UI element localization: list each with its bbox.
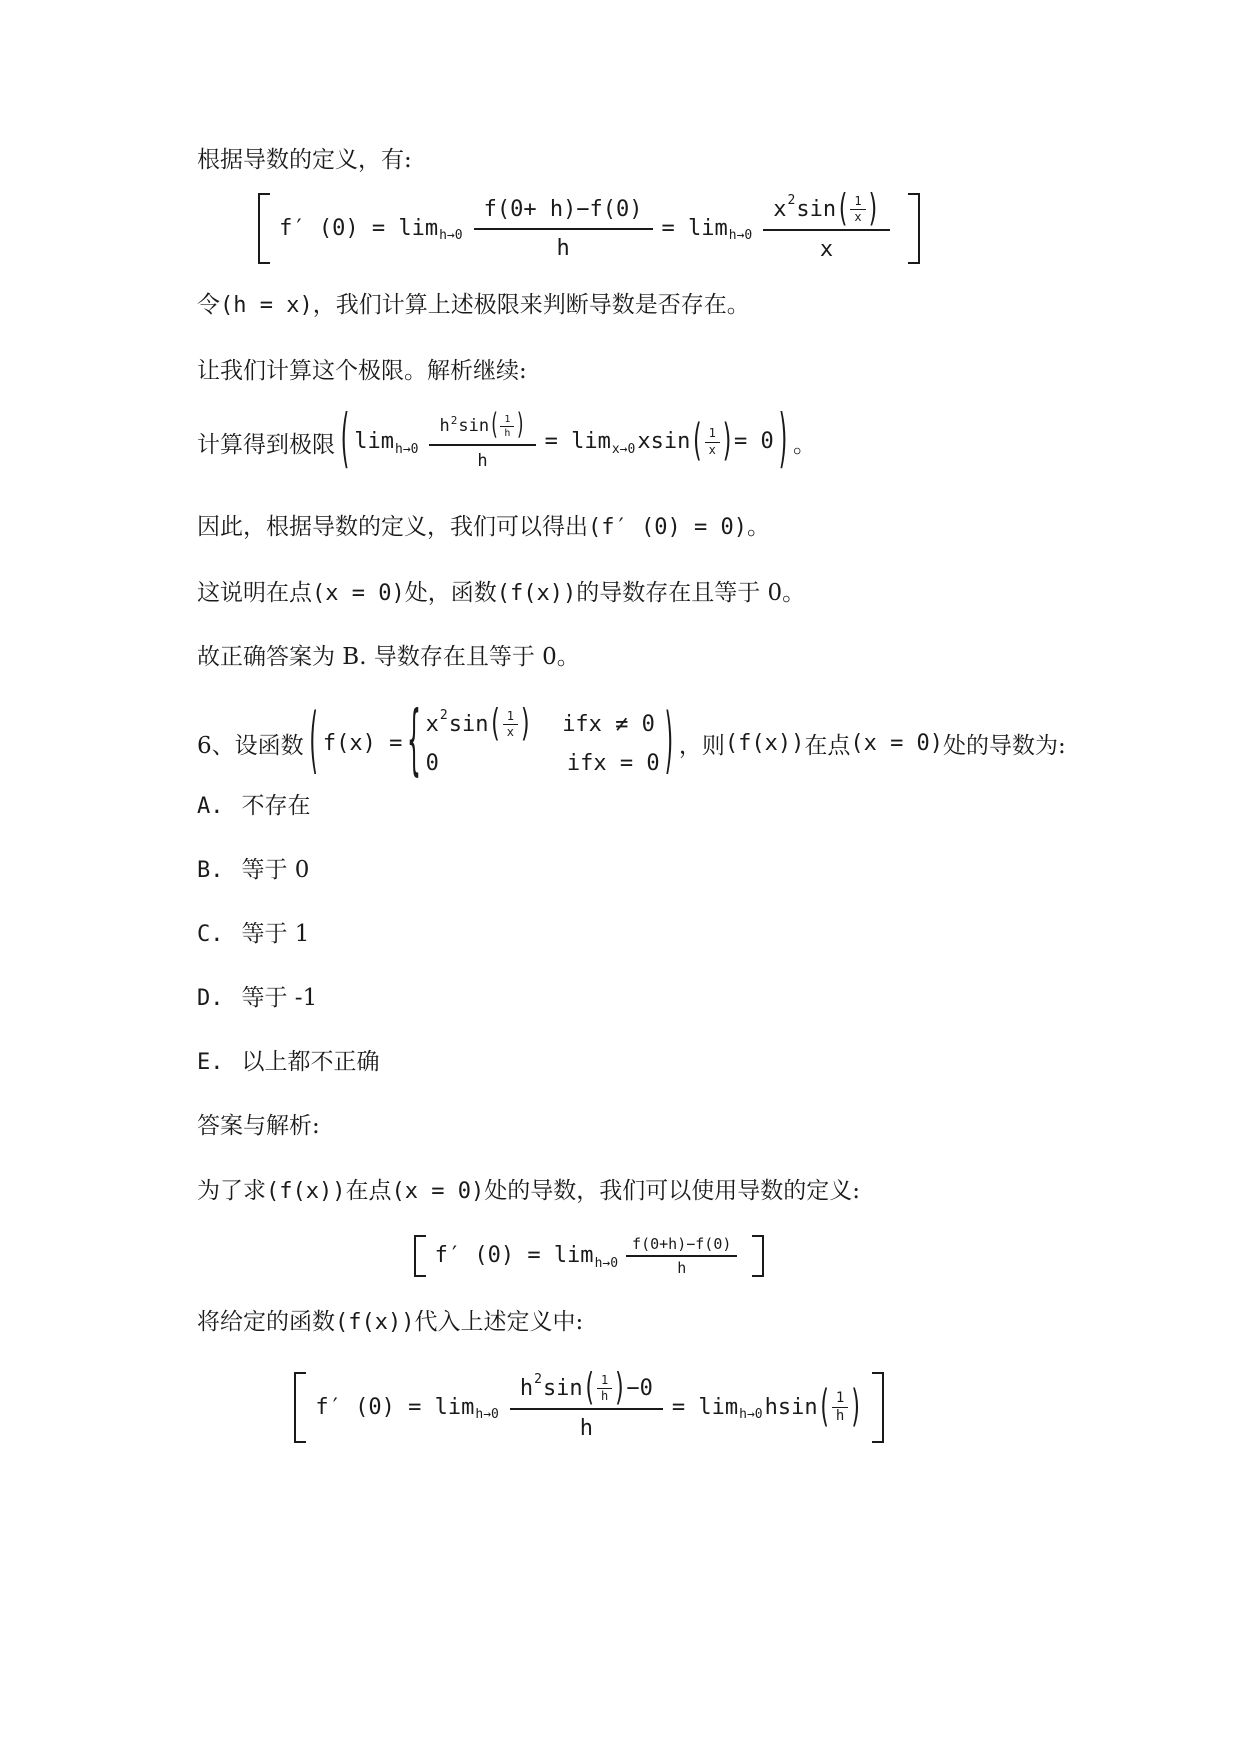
text-run: 将给定的函数 — [197, 1309, 335, 1335]
math-row: f′ (0) = limh→0 h2sin ( 1 h ) −0 h = lim — [294, 1372, 883, 1443]
math-run: f′ (0) = lim — [435, 1242, 594, 1270]
inline-math: (f(x)) — [725, 731, 804, 756]
denominator: x — [503, 725, 518, 739]
text-run: 计算得到极限 — [197, 426, 335, 459]
limit-subscript: h→0 — [739, 1407, 762, 1423]
option-a: A.不存在 — [197, 791, 1091, 822]
inline-math: (x = 0) — [312, 581, 405, 606]
numerator: 1 — [705, 427, 720, 442]
right-paren-icon: ) — [613, 1365, 626, 1412]
option-text: 等于 -1 — [242, 985, 318, 1011]
text-run: 因此，根据导数的定义，我们可以得出 — [197, 514, 588, 540]
text-run: 处的导数为: — [943, 727, 1066, 760]
limit-subscript: h→0 — [475, 1407, 498, 1423]
denominator: h — [500, 427, 514, 439]
left-paren-icon: ( — [836, 186, 849, 233]
math-run: lim — [354, 428, 394, 456]
denominator: h — [832, 1408, 848, 1424]
left-paren-icon: ( — [307, 698, 320, 789]
paragraph-conclusion-derivative-zero: 因此，根据导数的定义，我们可以得出(f′ (0) = 0)。 — [197, 512, 1091, 543]
question-6: 6、设函数 ( f(x) = { x2sin ( 1 x ) ifx ≠ 0 — [197, 710, 1091, 777]
left-paren-icon: ( — [690, 415, 703, 470]
text-run: 。 — [747, 514, 770, 540]
math-run: x — [426, 711, 439, 739]
numerator: 1 — [850, 195, 865, 210]
right-bracket-icon — [872, 1372, 884, 1443]
numerator: h2sin ( 1 h ) — [429, 412, 535, 446]
numerator: 1 — [832, 1391, 848, 1408]
math-run: sin — [796, 196, 836, 224]
left-paren-icon: ( — [818, 1380, 831, 1435]
math-run: sin — [543, 1375, 583, 1403]
option-label: E. — [197, 1050, 224, 1075]
option-b: B.等于 0 — [197, 855, 1091, 886]
left-brace-icon: { — [407, 695, 420, 791]
small-fraction: 1 x — [850, 195, 865, 224]
text-run: 代入上述定义中: — [414, 1309, 583, 1335]
text-run: 答案与解析: — [197, 1113, 320, 1139]
numerator: 1 — [597, 1374, 612, 1389]
small-fraction: 1 h — [597, 1374, 612, 1403]
numerator: h2sin ( 1 h ) −0 — [510, 1372, 663, 1410]
math-run: 0 — [426, 750, 439, 778]
math-run: = lim — [545, 428, 611, 456]
math-row: f′ (0) = limh→0 f(0+h)−f(0) h — [414, 1235, 765, 1277]
option-text: 以上都不正确 — [242, 1049, 380, 1075]
option-text: 不存在 — [242, 793, 311, 819]
math-run: sin — [458, 416, 489, 437]
inline-math: (f(x)) — [266, 1179, 345, 1204]
case-row: x2sin ( 1 x ) ifx ≠ 0 — [426, 710, 660, 739]
exponent: 2 — [788, 193, 796, 209]
left-bracket-icon — [414, 1235, 426, 1277]
right-paren-icon: ) — [663, 698, 676, 789]
math-run: h — [439, 416, 449, 437]
math-run: xsin — [637, 428, 690, 456]
case-row: 0 ifx = 0 — [426, 750, 660, 778]
option-label: B. — [197, 858, 224, 883]
denominator: x — [705, 443, 720, 457]
text-run: 处，函数 — [405, 580, 497, 606]
left-paren-icon: ( — [489, 408, 499, 444]
denominator: x — [850, 210, 865, 224]
formula-substituted-limit: f′ (0) = limh→0 h2sin ( 1 h ) −0 h = lim — [197, 1372, 1091, 1443]
option-d: D.等于 -1 — [197, 983, 1091, 1014]
paragraph-correct-answer: 故正确答案为 B. 导数存在且等于 0。 — [197, 642, 1091, 672]
math-run: sin — [449, 711, 489, 739]
math-row: ( limh→0 h2sin ( 1 h ) h = limx→0 xs — [335, 412, 793, 472]
math-run: f(x) = — [323, 730, 402, 758]
paragraph-definition-intro: 根据导数的定义，有: — [197, 145, 1091, 175]
text-run: 令 — [197, 292, 220, 318]
math-row: f′ (0) = limh→0 f(0+ h)−f(0) h = limh→0 … — [258, 193, 920, 264]
inline-math: (x = 0) — [850, 731, 943, 756]
fraction: f(0+ h)−f(0) h — [474, 194, 653, 263]
text-run: 。 — [793, 426, 816, 459]
inline-math: (h = x) — [220, 293, 313, 318]
denominator: h — [510, 1410, 663, 1443]
right-paren-icon: ) — [519, 701, 532, 748]
fraction: x2sin ( 1 x ) x — [763, 193, 890, 264]
right-paren-icon: ) — [515, 408, 525, 444]
limit-subscript: x→0 — [612, 442, 635, 458]
left-bracket-icon — [258, 193, 270, 264]
limit-subscript: h→0 — [595, 1256, 618, 1272]
right-paren-icon: ) — [867, 186, 880, 233]
exponent: 2 — [534, 1372, 542, 1388]
case-condition: ifx = 0 — [567, 750, 660, 778]
answer-analysis-header: 答案与解析: — [197, 1111, 1091, 1141]
inline-math: (x = 0) — [391, 1179, 484, 1204]
option-label: A. — [197, 794, 224, 819]
right-bracket-icon — [908, 193, 920, 264]
paragraph-use-definition: 为了求(f(x))在点(x = 0)处的导数，我们可以使用导数的定义: — [197, 1176, 1091, 1207]
denominator: h — [626, 1257, 737, 1277]
document-page: 根据导数的定义，有: f′ (0) = limh→0 f(0+ h)−f(0) … — [0, 0, 1241, 1754]
denominator: h — [474, 230, 653, 263]
left-bracket-icon — [294, 1372, 306, 1443]
left-paren-icon: ( — [338, 402, 351, 482]
math-run: = 0 — [734, 428, 774, 456]
numerator: 1 — [503, 710, 518, 725]
paragraph-compute-limit: 让我们计算这个极限。解析继续: — [197, 356, 1091, 386]
right-paren-icon: ) — [849, 1380, 862, 1435]
small-fraction: 1 h — [832, 1391, 848, 1425]
exponent: 2 — [440, 708, 448, 724]
denominator: h — [597, 1389, 612, 1403]
inline-math: (f′ (0) = 0) — [588, 515, 747, 540]
inline-math: (f(x)) — [335, 1310, 414, 1335]
text-run: 让我们计算这个极限。解析继续: — [197, 358, 527, 384]
text-run: 为了求 — [197, 1178, 266, 1204]
text-run: 则 — [702, 727, 725, 760]
numerator: f(0+h)−f(0) — [626, 1235, 737, 1257]
math-run: = lim — [662, 215, 728, 243]
limit-subscript: h→0 — [395, 442, 418, 458]
limit-subscript: h→0 — [729, 228, 752, 244]
paragraph-derivative-exists: 这说明在点(x = 0)处，函数(f(x))的导数存在且等于 0。 — [197, 578, 1091, 609]
text-run: 故正确答案为 B. 导数存在且等于 0。 — [197, 644, 580, 670]
math-run: f′ (0) = lim — [279, 215, 438, 243]
fraction: h2sin ( 1 h ) −0 h — [510, 1372, 663, 1443]
option-c: C.等于 1 — [197, 919, 1091, 950]
numerator: 1 — [500, 414, 514, 427]
right-paren-icon: ) — [721, 415, 734, 470]
right-bracket-icon — [752, 1235, 764, 1277]
math-run: h — [520, 1375, 533, 1403]
text-run: ，我们计算上述极限来判断导数是否存在。 — [313, 292, 750, 318]
right-paren-icon: ) — [777, 402, 790, 482]
option-text: 等于 0 — [242, 857, 310, 883]
paragraph-substitute-function: 将给定的函数(f(x))代入上述定义中: — [197, 1307, 1091, 1338]
math-row: ( f(x) = { x2sin ( 1 x ) ifx ≠ 0 — [304, 710, 679, 777]
option-e: E.以上都不正确 — [197, 1047, 1091, 1078]
small-fraction: 1 h — [500, 414, 514, 439]
small-fraction: 1 x — [705, 427, 720, 456]
limit-subscript: h→0 — [439, 228, 462, 244]
formula-derivative-definition-compact: f′ (0) = limh→0 f(0+h)−f(0) h — [197, 1235, 1091, 1277]
option-label: D. — [197, 986, 224, 1011]
text-run: 在点 — [804, 727, 850, 760]
denominator: x — [763, 231, 890, 264]
option-text: 等于 1 — [242, 921, 310, 947]
text-run: 根据导数的定义，有: — [197, 147, 412, 173]
math-run: x — [773, 196, 786, 224]
left-paren-icon: ( — [583, 1365, 596, 1412]
text-run: 处的导数，我们可以使用导数的定义: — [484, 1178, 860, 1204]
fraction: h2sin ( 1 h ) h — [429, 412, 535, 472]
math-run: −0 — [626, 1375, 653, 1403]
text-run: ， — [679, 727, 702, 760]
formula-derivative-definition-full: f′ (0) = limh→0 f(0+ h)−f(0) h = limh→0 … — [197, 193, 1091, 264]
text-run: 这说明在点 — [197, 580, 312, 606]
small-fraction: 1 x — [503, 710, 518, 739]
exponent: 2 — [451, 414, 458, 428]
text-run: 在点 — [345, 1178, 391, 1204]
paragraph-limit-result: 计算得到极限 ( limh→0 h2sin ( 1 h ) h — [197, 412, 1091, 472]
text-run: 的导数存在且等于 0。 — [576, 580, 805, 606]
math-run: f(0+ h)−f(0) — [484, 196, 643, 224]
option-label: C. — [197, 922, 224, 947]
piecewise-cases: x2sin ( 1 x ) ifx ≠ 0 0 ifx = 0 — [426, 710, 660, 777]
left-paren-icon: ( — [488, 701, 501, 748]
math-run: f′ (0) = lim — [315, 1394, 474, 1422]
numerator: f(0+ h)−f(0) — [474, 194, 653, 231]
case-condition: ifx ≠ 0 — [562, 711, 655, 739]
denominator: h — [429, 446, 535, 472]
numerator: x2sin ( 1 x ) — [763, 193, 890, 231]
document-content: 根据导数的定义，有: f′ (0) = limh→0 f(0+ h)−f(0) … — [0, 0, 1241, 1443]
math-run: = lim — [672, 1394, 738, 1422]
math-run: hsin — [765, 1394, 818, 1422]
fraction: f(0+h)−f(0) h — [626, 1235, 737, 1277]
inline-math: (f(x)) — [497, 581, 576, 606]
paragraph-let-h-equals-x: 令(h = x)，我们计算上述极限来判断导数是否存在。 — [197, 290, 1091, 321]
question-number-text: 6、设函数 — [197, 727, 304, 760]
